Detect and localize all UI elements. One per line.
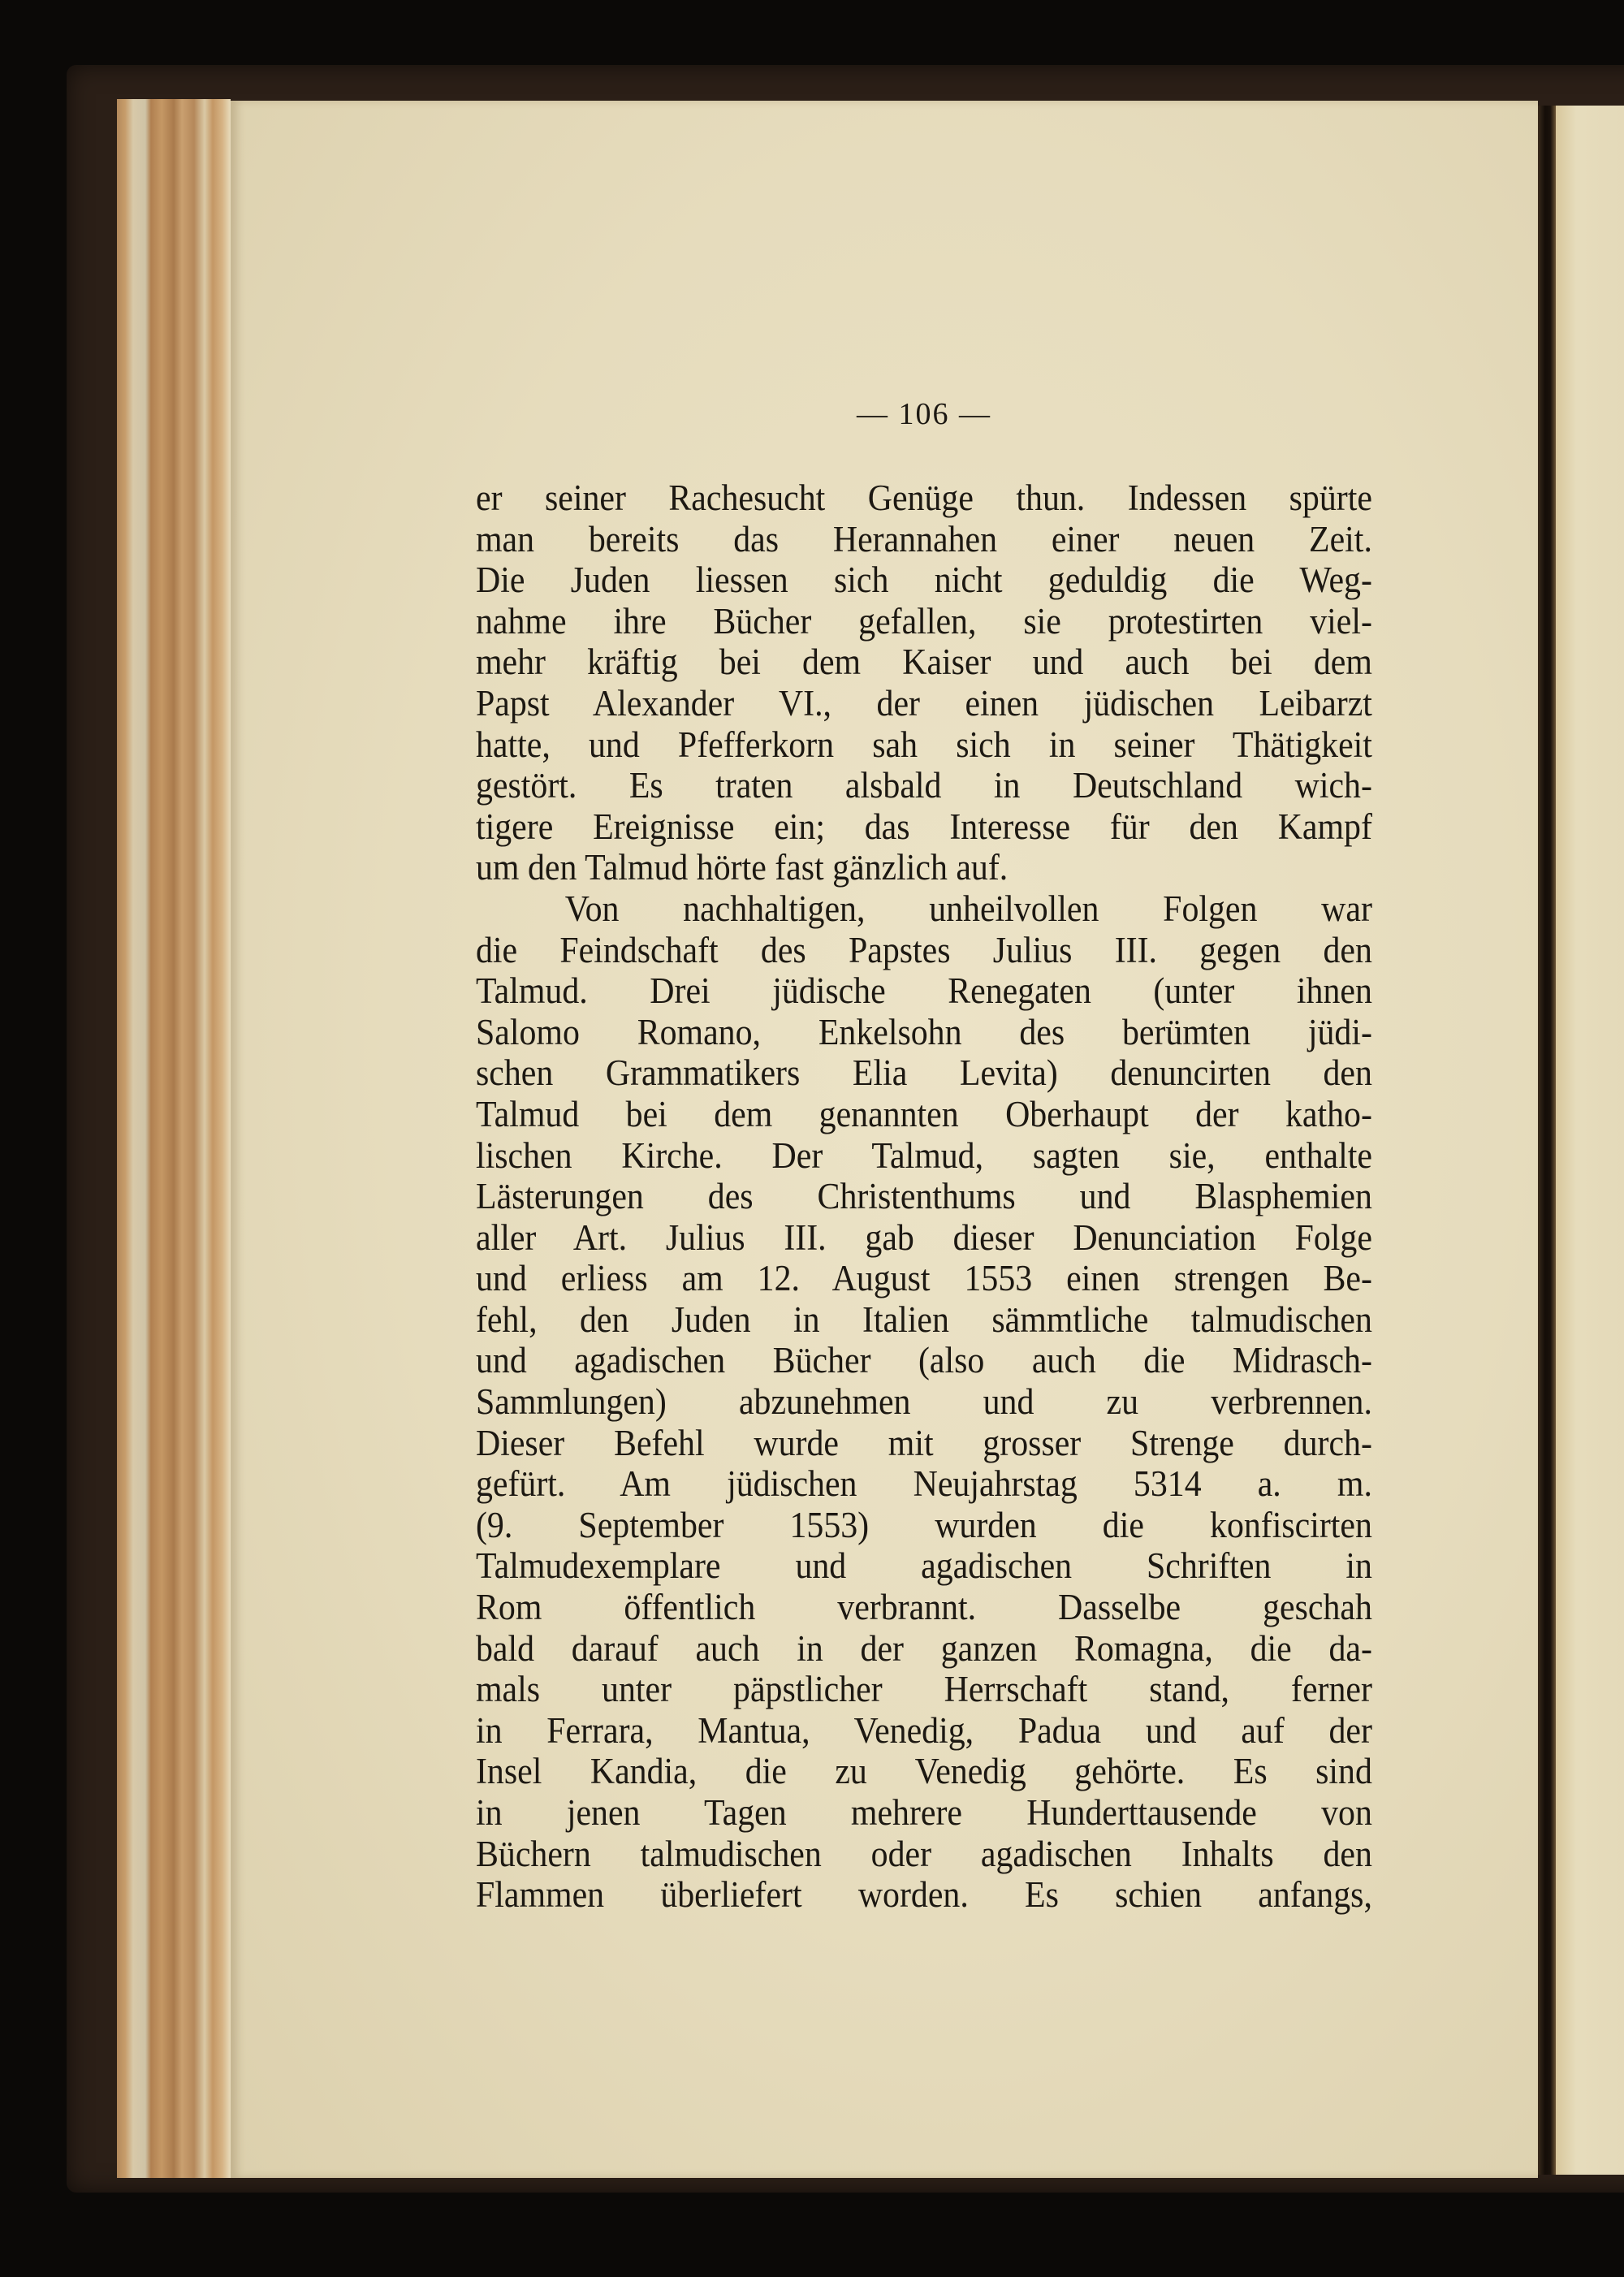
text-line: aller Art. Julius III. gab dieser Denunc… (476, 1217, 1372, 1259)
text-line: fehl, den Juden in Italien sämmtliche ta… (476, 1299, 1372, 1341)
text-line: in Ferrara, Mantua, Venedig, Padua und a… (476, 1710, 1372, 1752)
text-line: mals unter päpstlicher Herrschaft stand,… (476, 1669, 1372, 1710)
text-line: man bereits das Herannahen einer neuen Z… (476, 519, 1372, 560)
text-line: Lästerungen des Christenthums und Blasph… (476, 1176, 1372, 1217)
paragraph-start-line: Von nachhaltigen, unheilvollen Folgen wa… (476, 888, 1372, 930)
text-line: Dieser Befehl wurde mit grosser Strenge … (476, 1423, 1372, 1464)
text-line: Talmud. Drei jüdische Renegaten (unter i… (476, 970, 1372, 1012)
text-line: und agadischen Bücher (also auch die Mid… (476, 1340, 1372, 1381)
text-line: und erliess am 12. August 1553 einen str… (476, 1258, 1372, 1299)
paragraph-end-line: um den Talmud hörte fast gänzlich auf. (476, 847, 1372, 888)
text-line: gefürt. Am jüdischen Neujahrstag 5314 a.… (476, 1463, 1372, 1505)
text-line: bald darauf auch in der ganzen Romagna, … (476, 1628, 1372, 1670)
text-line: lischen Kirche. Der Talmud, sagten sie, … (476, 1135, 1372, 1177)
text-line: Rom öffentlich verbrannt. Dasselbe gesch… (476, 1587, 1372, 1628)
text-line: Papst Alexander VI., der einen jüdischen… (476, 683, 1372, 724)
text-line: hatte, und Pfefferkorn sah sich in seine… (476, 724, 1372, 766)
text-line: Talmud bei dem genannten Oberhaupt der k… (476, 1094, 1372, 1135)
book-gutter (1538, 106, 1556, 2175)
text-line: (9. September 1553) wurden die konfiscir… (476, 1505, 1372, 1546)
text-line: Salomo Romano, Enkelsohn des berümten jü… (476, 1012, 1372, 1053)
text-line: Talmudexemplare und agadischen Schriften… (476, 1545, 1372, 1587)
text-line: in jenen Tagen mehrere Hunderttausende v… (476, 1792, 1372, 1834)
text-line: Büchern talmudischen oder agadischen Inh… (476, 1834, 1372, 1875)
text-line: tigere Ereignisse ein; das Interesse für… (476, 806, 1372, 848)
text-line: Sammlungen) abzunehmen und zu verbrennen… (476, 1381, 1372, 1423)
text-line: er seiner Rachesucht Genüge thun. Indess… (476, 477, 1372, 519)
text-line: gestört. Es traten alsbald in Deutschlan… (476, 765, 1372, 806)
text-line: mehr kräftig bei dem Kaiser und auch bei… (476, 642, 1372, 683)
text-line: Flammen überliefert worden. Es schien an… (476, 1874, 1372, 1916)
text-line: schen Grammatikers Elia Levita) denuncir… (476, 1052, 1372, 1094)
text-line: Insel Kandia, die zu Venedig gehörte. Es… (476, 1751, 1372, 1792)
facing-page-edge (1556, 106, 1624, 2175)
body-text: er seiner Rachesucht Genüge thun. Indess… (476, 477, 1372, 1916)
text-line: die Feindschaft des Papstes Julius III. … (476, 930, 1372, 971)
book-scan: — 106 — er seiner Rachesucht Genüge thun… (0, 0, 1624, 2277)
page-number: — 106 — (476, 396, 1372, 432)
text-line: Die Juden liessen sich nicht geduldig di… (476, 560, 1372, 601)
text-line: nahme ihre Bücher gefallen, sie protesti… (476, 601, 1372, 642)
page-edges (117, 99, 231, 2178)
